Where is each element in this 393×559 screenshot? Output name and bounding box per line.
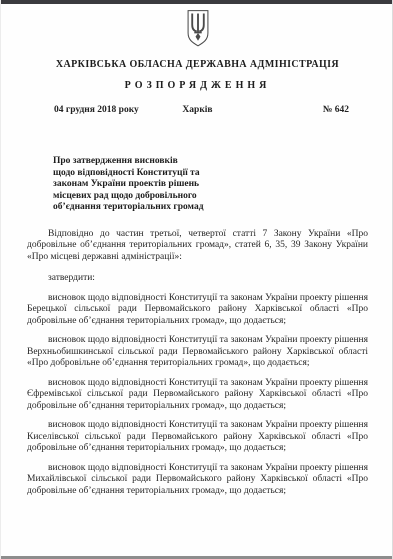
doc-title-line: щодо відповідності Конституції та — [53, 168, 368, 180]
paragraph-conclusion-kyselivska: висновок щодо відповідності Конституції … — [27, 420, 368, 455]
doc-title: Про затвердження висновків щодо відповід… — [53, 156, 368, 214]
doc-title-line: об’єднання територіальних громад — [53, 202, 368, 214]
document-page: ХАРКІВСЬКА ОБЛАСНА ДЕРЖАВНА АДМІНІСТРАЦІ… — [0, 0, 393, 559]
document-content: ХАРКІВСЬКА ОБЛАСНА ДЕРЖАВНА АДМІНІСТРАЦІ… — [1, 0, 392, 497]
doc-title-line: Про затвердження висновків — [53, 156, 368, 168]
paragraph-conclusion-verkhnobyshkynska: висновок щодо відповідності Конституції … — [27, 335, 368, 370]
emblem-wrap — [27, 9, 368, 49]
paragraph-conclusion-beretska: висновок щодо відповідності Конституції … — [27, 293, 368, 328]
paragraph-conclusion-mykhailivska: висновок щодо відповідності Конституції … — [27, 463, 368, 498]
paragraph-legal-basis: Відповідно до частин третьої, четвертої … — [27, 229, 368, 264]
doc-title-line: місцевих рад щодо добровільного — [53, 191, 368, 203]
doc-type-heading: РОЗПОРЯДЖЕННЯ — [27, 80, 368, 91]
doc-city: Харків — [27, 105, 368, 115]
doc-meta-row: 04 грудня 2018 року Харків № 642 — [27, 105, 368, 118]
doc-body: Відповідно до частин третьої, четвертої … — [27, 229, 368, 498]
paragraph-approve: затвердити: — [27, 273, 368, 285]
doc-number: № 642 — [323, 105, 349, 115]
tryzub-coat-of-arms-icon — [185, 9, 211, 47]
paragraph-conclusion-yefremivska: висновок щодо відповідності Конституції … — [27, 378, 368, 413]
org-name-heading: ХАРКІВСЬКА ОБЛАСНА ДЕРЖАВНА АДМІНІСТРАЦІ… — [27, 59, 368, 70]
doc-title-line: законам України проектів рішень — [53, 179, 368, 191]
